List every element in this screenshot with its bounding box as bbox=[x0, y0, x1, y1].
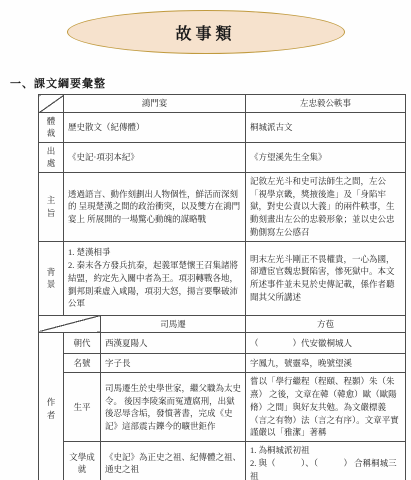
cell-dynasty-left: 西漢夏陽人 bbox=[101, 333, 246, 354]
label-author: 作者 bbox=[39, 333, 64, 480]
table-row: 作者 朝代 西漢夏陽人 （ ）代安徽桐城人 bbox=[39, 333, 406, 354]
cell-source-right: 《方望溪先生全集》 bbox=[246, 142, 406, 172]
cell-names-left: 字子長 bbox=[101, 354, 246, 373]
page-title: 故事類 bbox=[175, 21, 235, 44]
diagonal-cell bbox=[39, 315, 101, 333]
label-background: 背景 bbox=[39, 241, 64, 315]
cell-biography-right: 嘗以「學行繼程（程頤、程顥）朱（朱熹） 之後，文章在韓（韓愈）歐（歐陽脩）之間」… bbox=[246, 373, 406, 442]
cell-background-right: 明末左光斗剛正不畏權貴，一心為國，卻遭宦官魏忠賢陷害，慘死獄中。本文所述事件並未… bbox=[246, 241, 406, 315]
table-row: 背景 1. 楚漢相爭 2. 秦末各方發兵抗秦，起義軍楚懷王召集諸將結盟，約定先入… bbox=[39, 241, 406, 315]
cell-dynasty-right: （ ）代安徽桐城人 bbox=[246, 333, 406, 354]
cell-genre-left: 歷史散文（紀傳體） bbox=[64, 112, 246, 142]
diagonal-cell bbox=[39, 95, 64, 113]
label-biography: 生平 bbox=[64, 373, 101, 442]
table-row: 生平 司馬遷生於史學世家，繼父職為太史令。 後因李陵案而冤遭腐刑，出獄後忍辱含垢… bbox=[39, 373, 406, 442]
table-row: 名號 字子長 字鳳九，號靈皋，晚號望溪 bbox=[39, 354, 406, 373]
label-source: 出處 bbox=[39, 142, 64, 172]
outline-table: 鴻門宴 左忠毅公軼事 體裁 歷史散文（紀傳體） 桐城派古文 出處 《史記·項羽本… bbox=[38, 94, 406, 480]
section-heading: 一、課文綱要彙整 bbox=[10, 75, 411, 91]
header-hongmenyan: 鴻門宴 bbox=[64, 95, 246, 113]
table-row: 司馬遷 方苞 bbox=[39, 315, 406, 333]
cell-genre-right: 桐城派古文 bbox=[246, 112, 406, 142]
cell-literary-left: 《史記》為正史之祖、紀傳體之祖、通史之祖 bbox=[101, 442, 246, 480]
cell-biography-left: 司馬遷生於史學世家，繼父職為太史令。 後因李陵案而冤遭腐刑，出獄後忍辱含垢，發憤… bbox=[101, 373, 246, 442]
title-oval: 故事類 bbox=[67, 10, 345, 54]
document-page: 故事類 一、課文綱要彙整 鴻門宴 左忠毅公軼事 體裁 歷史散文（紀傳體） 桐城派… bbox=[0, 0, 411, 480]
cell-background-left: 1. 楚漢相爭 2. 秦末各方發兵抗秦，起義軍楚懷王召集諸將結盟，約定先入關中者… bbox=[64, 241, 246, 315]
table-row: 體裁 歷史散文（紀傳體） 桐城派古文 bbox=[39, 112, 406, 142]
label-genre: 體裁 bbox=[39, 112, 64, 142]
cell-theme-right: 記敘左光斗和史可法師生之間，左公「視學京畿，獎掖後進」及「身陷牢獄，對史公責以大… bbox=[246, 172, 406, 241]
label-names: 名號 bbox=[64, 354, 101, 373]
cell-names-right: 字鳳九，號靈皋，晚號望溪 bbox=[246, 354, 406, 373]
header-fangbao: 方苞 bbox=[246, 315, 406, 333]
cell-literary-right: 1. 為桐城派初祖 2. 與（ ）、（ ） 合稱桐城三祖 bbox=[246, 442, 406, 480]
table-row: 出處 《史記·項羽本紀》 《方望溪先生全集》 bbox=[39, 142, 406, 172]
label-theme: 主旨 bbox=[39, 172, 64, 241]
header-simaqian: 司馬遷 bbox=[101, 315, 246, 333]
cell-theme-left: 透過語言、動作刻劃出人物個性，鮮活而深刻的 呈現楚漢之間的政治衝突，以及雙方在鴻… bbox=[64, 172, 246, 241]
label-dynasty: 朝代 bbox=[64, 333, 101, 354]
header-zuozhongyi: 左忠毅公軼事 bbox=[246, 95, 406, 113]
label-literary-achievement: 文學成就 bbox=[64, 442, 101, 480]
table-row: 鴻門宴 左忠毅公軼事 bbox=[39, 95, 406, 113]
table-row: 主旨 透過語言、動作刻劃出人物個性，鮮活而深刻的 呈現楚漢之間的政治衝突，以及雙… bbox=[39, 172, 406, 241]
cell-source-left: 《史記·項羽本紀》 bbox=[64, 142, 246, 172]
table-row: 文學成就 《史記》為正史之祖、紀傳體之祖、通史之祖 1. 為桐城派初祖 2. 與… bbox=[39, 442, 406, 480]
